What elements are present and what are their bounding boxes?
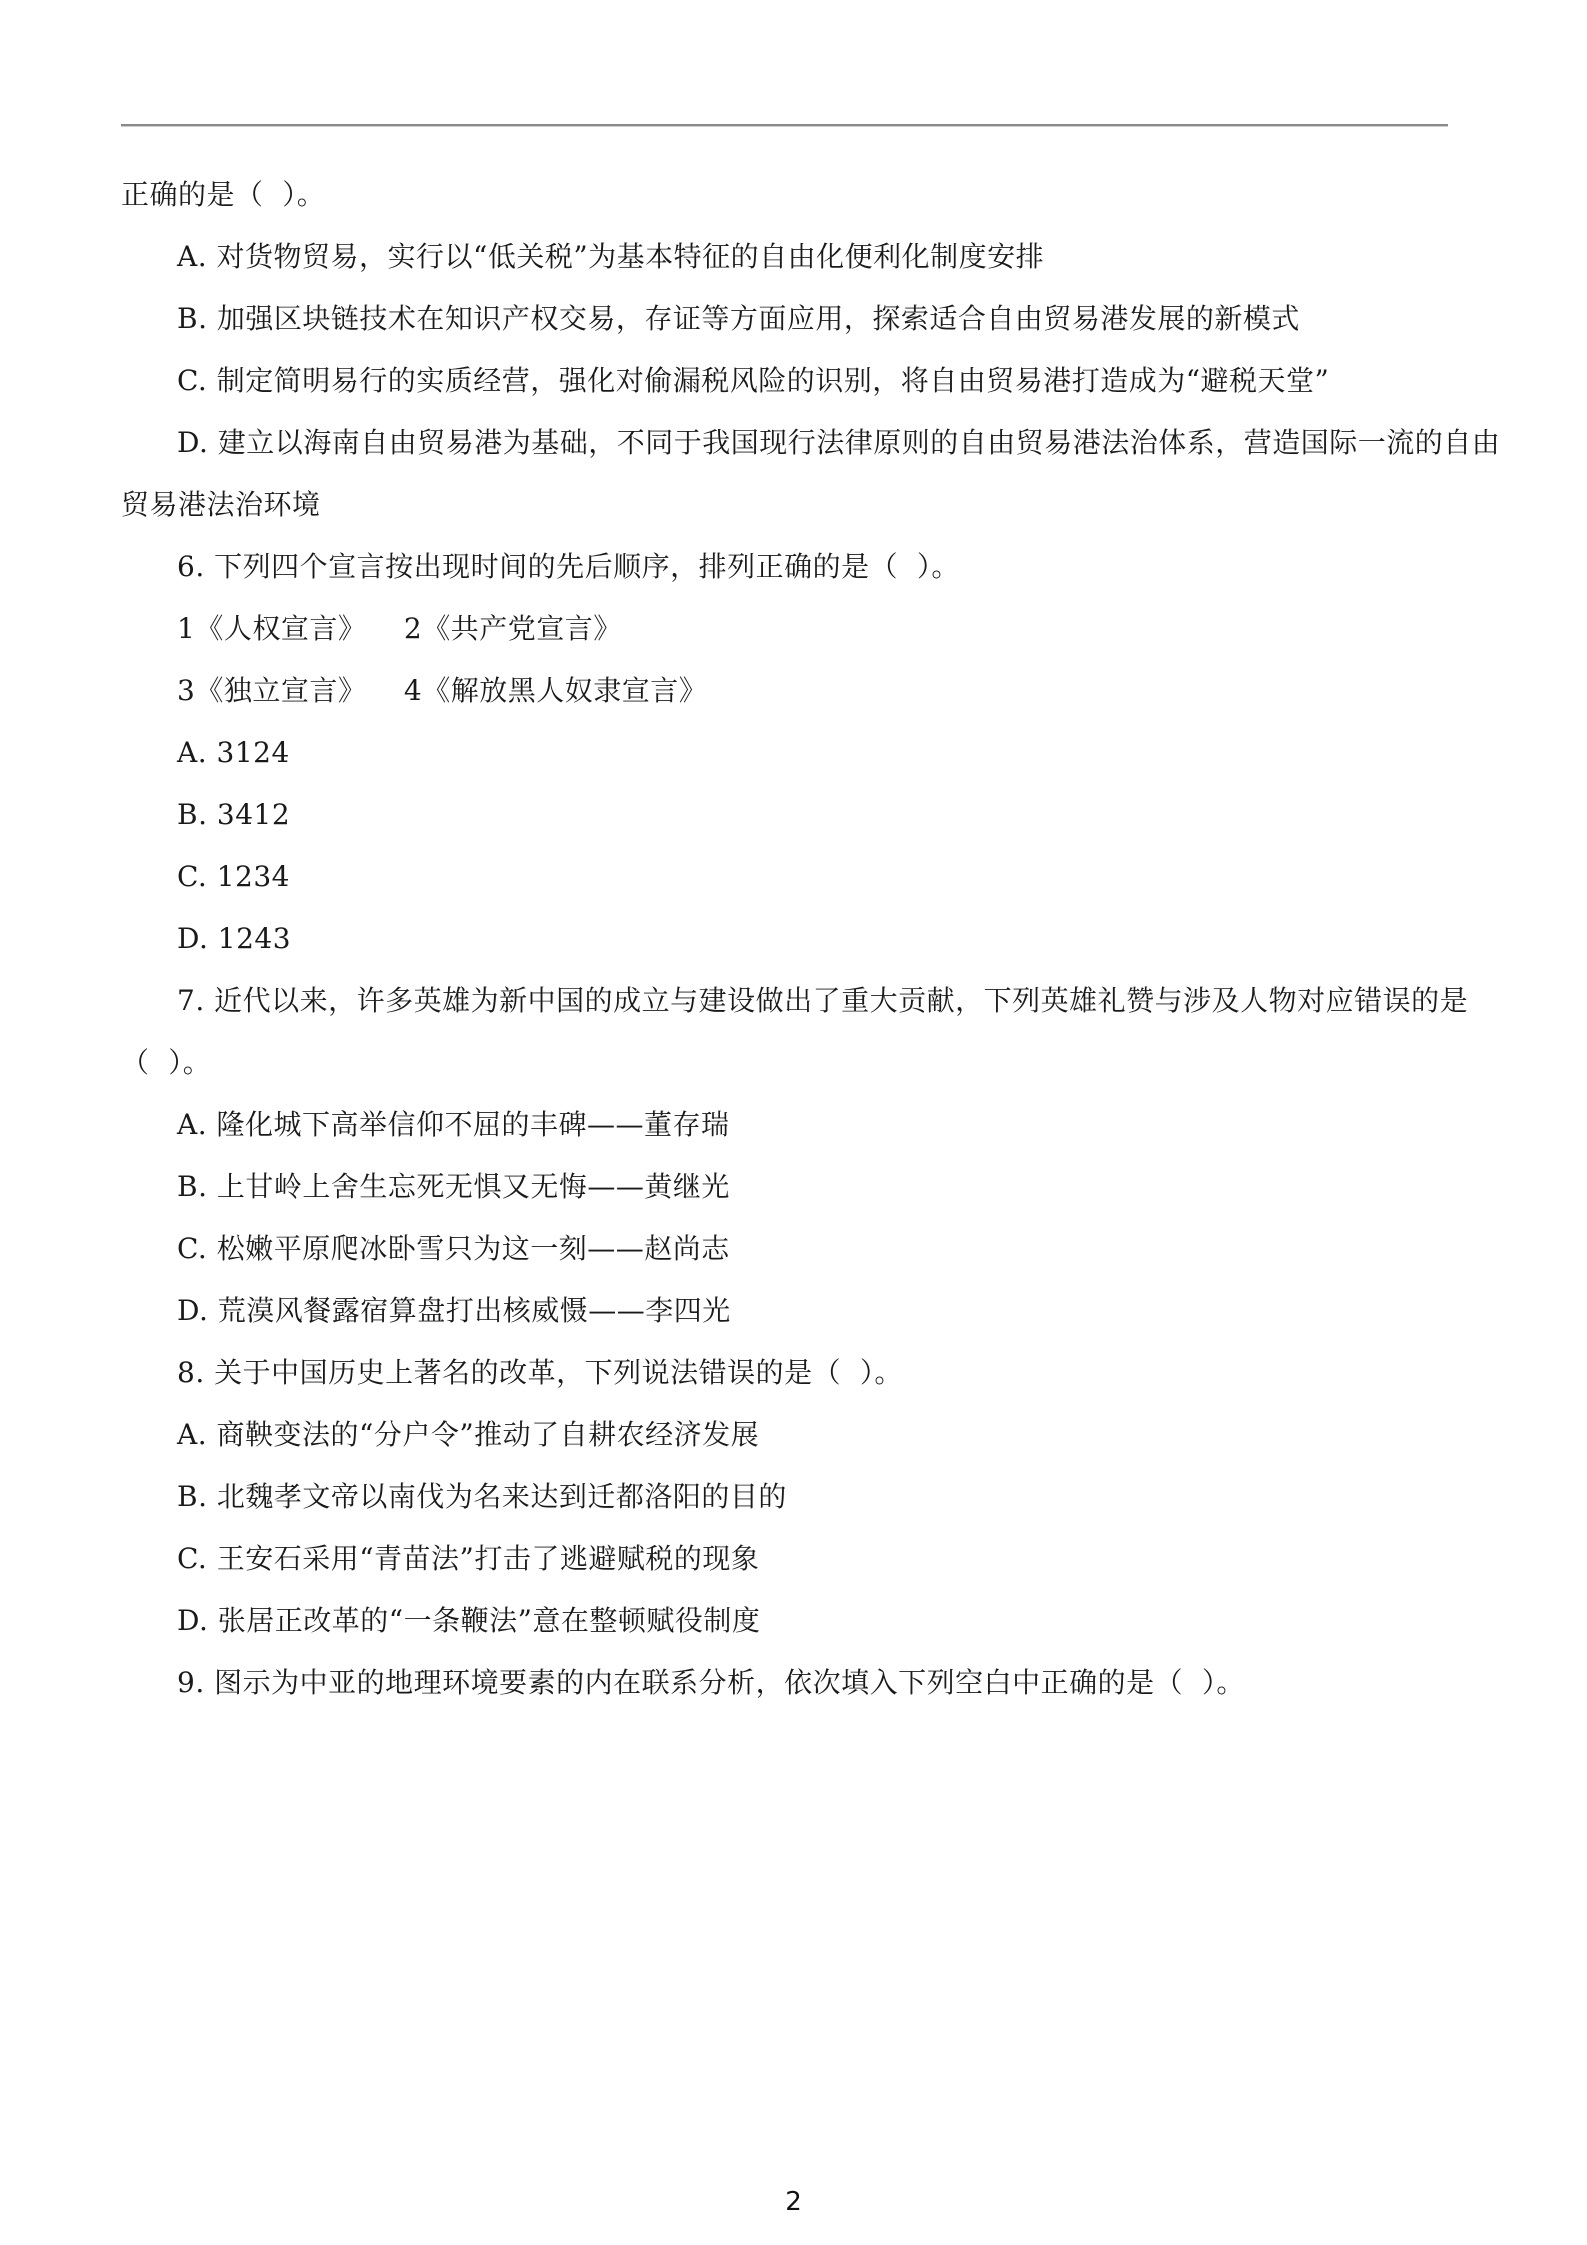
- option-d-q6: D. 1243: [121, 908, 1471, 970]
- question-7-wrap: （ ）。: [121, 1032, 1471, 1094]
- question-6-items-1-2: 1《人权宣言》 2《共产党宣言》: [121, 598, 1471, 660]
- header-divider: [121, 124, 1448, 127]
- question-6-items-3-4: 3《独立宣言》 4《解放黑人奴隶宣言》: [121, 660, 1471, 722]
- option-a-q6: A. 3124: [121, 722, 1471, 784]
- option-d-q5: D. 建立以海南自由贸易港为基础，不同于我国现行法律原则的自由贸易港法治体系，营…: [121, 412, 1471, 474]
- option-a-q8: A. 商鞅变法的“分户令”推动了自耕农经济发展: [121, 1404, 1471, 1466]
- option-d-q7: D. 荒漠风餐露宿算盘打出核威慑——李四光: [121, 1280, 1471, 1342]
- option-c-q7: C. 松嫩平原爬冰卧雪只为这一刻——赵尚志: [121, 1218, 1471, 1280]
- option-d-q8: D. 张居正改革的“一条鞭法”意在整顿赋役制度: [121, 1590, 1471, 1652]
- question-7: 7. 近代以来，许多英雄为新中国的成立与建设做出了重大贡献，下列英雄礼赞与涉及人…: [121, 970, 1471, 1032]
- option-a-q7: A. 隆化城下高举信仰不屈的丰碑——董存瑞: [121, 1094, 1471, 1156]
- option-c-q8: C. 王安石采用“青苗法”打击了逃避赋税的现象: [121, 1528, 1471, 1590]
- question-9: 9. 图示为中亚的地理环境要素的内在联系分析，依次填入下列空白中正确的是（ ）。: [121, 1652, 1471, 1714]
- document-page: 正确的是（ ）。 A. 对货物贸易，实行以“低关税”为基本特征的自由化便利化制度…: [0, 0, 1587, 2245]
- question-6: 6. 下列四个宣言按出现时间的先后顺序，排列正确的是（ ）。: [121, 536, 1471, 598]
- option-b-q7: B. 上甘岭上舍生忘死无惧又无悔——黄继光: [121, 1156, 1471, 1218]
- document-body: 正确的是（ ）。 A. 对货物贸易，实行以“低关税”为基本特征的自由化便利化制度…: [121, 164, 1471, 1714]
- option-d-q5-wrap: 贸易港法治环境: [121, 474, 1471, 536]
- option-b-q8: B. 北魏孝文帝以南伐为名来达到迁都洛阳的目的: [121, 1466, 1471, 1528]
- option-a-q5: A. 对货物贸易，实行以“低关税”为基本特征的自由化便利化制度安排: [121, 226, 1471, 288]
- option-c-q6: C. 1234: [121, 846, 1471, 908]
- option-b-q6: B. 3412: [121, 784, 1471, 846]
- page-number: 2: [0, 2186, 1587, 2218]
- question-8: 8. 关于中国历史上著名的改革，下列说法错误的是（ ）。: [121, 1342, 1471, 1404]
- option-b-q5: B. 加强区块链技术在知识产权交易，存证等方面应用，探索适合自由贸易港发展的新模…: [121, 288, 1471, 350]
- option-c-q5: C. 制定简明易行的实质经营，强化对偷漏税风险的识别，将自由贸易港打造成为“避税…: [121, 350, 1471, 412]
- text-line-continuation: 正确的是（ ）。: [121, 164, 1471, 226]
